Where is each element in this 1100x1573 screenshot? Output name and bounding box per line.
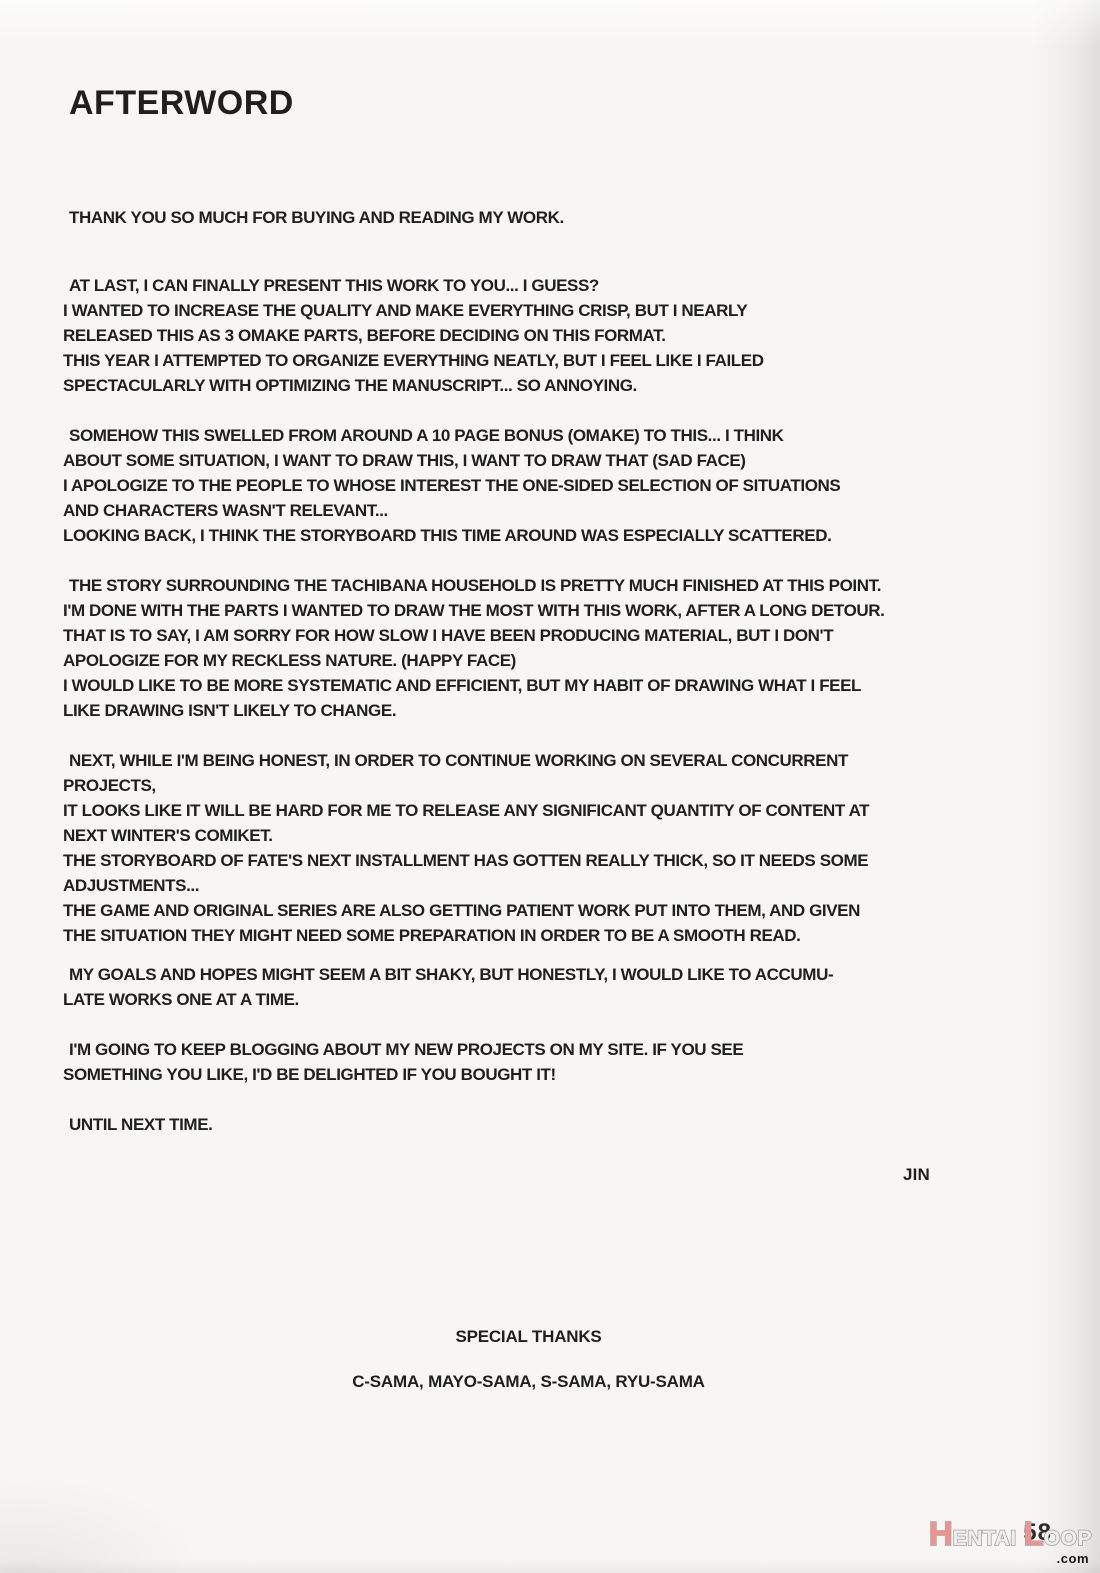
text-line: SPECTACULARLY WITH OPTIMIZING THE MANUSC… [63,373,1030,398]
paragraph: I'M GOING TO KEEP BLOGGING ABOUT MY NEW … [63,1037,1030,1087]
hentailoop-watermark: HENTAILOOP .com [929,1517,1092,1565]
text-line: THAT IS TO SAY, I AM SORRY FOR HOW SLOW … [63,623,1030,648]
text-line: I'M DONE WITH THE PARTS I WANTED TO DRAW… [63,598,1030,623]
text-line: I WANTED TO INCREASE THE QUALITY AND MAK… [63,298,1030,323]
text-line: THANK YOU SO MUCH FOR BUYING AND READING… [63,205,1030,230]
text-line: LOOKING BACK, I THINK THE STORYBOARD THI… [63,523,1030,548]
text-line: THE STORY SURROUNDING THE TACHIBANA HOUS… [63,573,1030,598]
text-line: LATE WORKS ONE AT A TIME. [63,987,1030,1012]
text-line: SOMEHOW THIS SWELLED FROM AROUND A 10 PA… [63,423,1030,448]
special-thanks-section: SPECIAL THANKS C-SAMA, MAYO-SAMA, S-SAMA… [63,1324,1030,1394]
text-line: I WOULD LIKE TO BE MORE SYSTEMATIC AND E… [63,673,1030,698]
text-line: NEXT WINTER'S COMIKET. [63,823,1030,848]
text-line: AT LAST, I CAN FINALLY PRESENT THIS WORK… [63,273,1030,298]
paragraph: MY GOALS AND HOPES MIGHT SEEM A BIT SHAK… [63,962,1030,1012]
text-line: THE SITUATION THEY MIGHT NEED SOME PREPA… [63,923,1030,948]
text-line: RELEASED THIS AS 3 OMAKE PARTS, BEFORE D… [63,323,1030,348]
special-thanks-heading: SPECIAL THANKS [63,1324,994,1349]
paragraph: NEXT, WHILE I'M BEING HONEST, IN ORDER T… [63,748,1030,948]
paragraph: SOMEHOW THIS SWELLED FROM AROUND A 10 PA… [63,423,1030,548]
page-title: AFTERWORD [69,80,1030,126]
text-line: ABOUT SOME SITUATION, I WANT TO DRAW THI… [63,448,1030,473]
text-line: I APOLOGIZE TO THE PEOPLE TO WHOSE INTER… [63,473,1030,498]
text-line: PROJECTS, [63,773,1030,798]
scanned-afterword-page: AFTERWORD THANK YOU SO MUCH FOR BUYING A… [0,0,1100,1573]
text-line: APOLOGIZE FOR MY RECKLESS NATURE. (HAPPY… [63,648,1030,673]
afterword-body-text: THANK YOU SO MUCH FOR BUYING AND READING… [63,205,1030,1137]
watermark-letter-h: H [929,1515,953,1552]
paragraph: THE STORY SURROUNDING THE TACHIBANA HOUS… [63,573,1030,723]
text-line: MY GOALS AND HOPES MIGHT SEEM A BIT SHAK… [63,962,1030,987]
text-line: NEXT, WHILE I'M BEING HONEST, IN ORDER T… [63,748,1030,773]
text-line: AND CHARACTERS WASN'T RELEVANT... [63,498,1030,523]
watermark-text-oop: OOP [1044,1527,1092,1550]
text-line: I'M GOING TO KEEP BLOGGING ABOUT MY NEW … [63,1037,1030,1062]
text-line: THIS YEAR I ATTEMPTED TO ORGANIZE EVERYT… [63,348,1030,373]
watermark-letter-l: L [1024,1515,1044,1552]
paragraph: UNTIL NEXT TIME. [63,1112,1030,1137]
paragraph: AT LAST, I CAN FINALLY PRESENT THIS WORK… [63,273,1030,398]
text-line: IT LOOKS LIKE IT WILL BE HARD FOR ME TO … [63,798,1030,823]
text-line: THE STORYBOARD OF FATE'S NEXT INSTALLMEN… [63,848,1030,873]
text-line: LIKE DRAWING ISN'T LIKELY TO CHANGE. [63,698,1030,723]
author-signature: JIN [63,1162,1030,1187]
page-content: AFTERWORD THANK YOU SO MUCH FOR BUYING A… [0,0,1100,1394]
text-line: UNTIL NEXT TIME. [63,1112,1030,1137]
watermark-domain-suffix: .com [929,1552,1092,1565]
special-thanks-names: C-SAMA, MAYO-SAMA, S-SAMA, RYU-SAMA [63,1369,994,1394]
paragraph: THANK YOU SO MUCH FOR BUYING AND READING… [63,205,1030,230]
watermark-text-entai: ENTAI [953,1527,1017,1550]
text-line: ADJUSTMENTS... [63,873,1030,898]
text-line: THE GAME AND ORIGINAL SERIES ARE ALSO GE… [63,898,1030,923]
text-line: SOMETHING YOU LIKE, I'D BE DELIGHTED IF … [63,1062,1030,1087]
hentailoop-logo: HENTAILOOP [929,1532,1092,1549]
